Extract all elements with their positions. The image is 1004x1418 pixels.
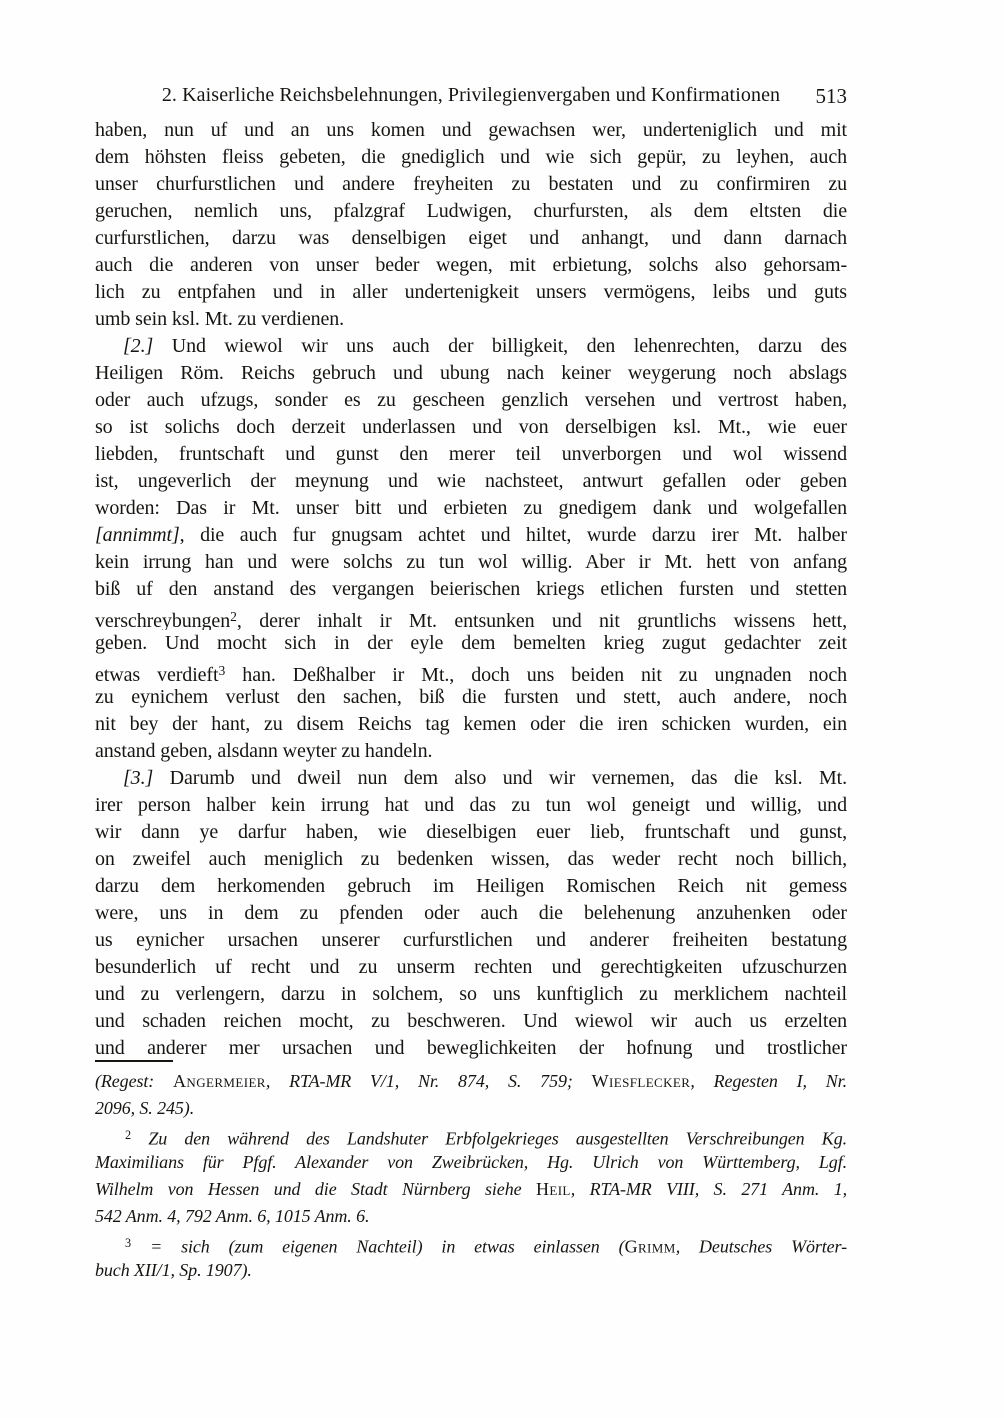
text-line: (Regest: Angermeier, RTA-MR V/1, Nr. 874… (95, 1068, 847, 1095)
footnotes-list: (Regest: Angermeier, RTA-MR V/1, Nr. 874… (95, 1068, 847, 1284)
text-segment: Wilhelm von Hessen und die Stadt Nürnber… (95, 1179, 536, 1199)
text-line: darzu dem herkomenden gebruch im Heilige… (95, 873, 847, 900)
text-segment: 2096, S. 245). (95, 1098, 194, 1118)
text-line: ist, ungeverlich der meynung und wie nac… (95, 468, 847, 495)
running-head-title: 2. Kaiserliche Reichsbelehnungen, Privil… (95, 84, 847, 107)
text-segment: , Regesten I, Nr. (690, 1071, 847, 1091)
footnote-separator-rule (95, 1060, 173, 1062)
text-segment: Heil (536, 1179, 571, 1199)
text-line: geben. Und mocht sich in der eyle dem be… (95, 630, 847, 657)
text-line: umb sein ksl. Mt. zu verdienen. (95, 306, 847, 333)
text-line: buch XII/1, Sp. 1907). (95, 1257, 847, 1284)
text-segment: , RTA-MR VIII, S. 271 Anm. 1, (571, 1179, 847, 1199)
footnote: 2 Zu den während des Landshuter Erbfolge… (95, 1122, 847, 1230)
text-segment: , Deutsches Wörter- (676, 1237, 847, 1257)
text-line: anstand geben, alsdann weyter zu handeln… (95, 738, 847, 765)
paragraph: [3.] Darumb und dweil nun dem also und w… (95, 765, 847, 1062)
text-line: auch die anderen von unser beder wegen, … (95, 252, 847, 279)
text-segment: , RTA-MR V/1, Nr. 874, S. 759; (266, 1071, 592, 1091)
text-segment: buch XII/1, Sp. 1907). (95, 1260, 252, 1280)
text-segment: Zu den während des Landshuter Erbfolgekr… (131, 1129, 847, 1149)
text-line: worden: Das ir Mt. unser bitt und erbiet… (95, 495, 847, 522)
text-line: unser churfurstlichen und andere freyhei… (95, 171, 847, 198)
text-line: zu eynichem verlust den sachen, biß die … (95, 684, 847, 711)
text-line: besunderlich uf recht und zu unserm rech… (95, 954, 847, 981)
text-segment: verschreybungen (95, 610, 230, 630)
text-line: irer person halber kein irrung hat und d… (95, 792, 847, 819)
text-line: biß uf den anstand des vergangen beieris… (95, 576, 847, 603)
text-segment: han. Deßhalber ir Mt., doch uns beiden n… (225, 664, 847, 684)
text-segment: , derer inhalt ir Mt. entsunken und nit … (237, 610, 847, 630)
text-line: [3.] Darumb und dweil nun dem also und w… (95, 765, 847, 792)
text-line: Heiligen Röm. Reichs gebruch und ubung n… (95, 360, 847, 387)
text-segment: etwas verdieft (95, 664, 218, 684)
text-line: [2.] Und wiewol wir uns auch der billigk… (95, 333, 847, 360)
book-page: 2. Kaiserliche Reichsbelehnungen, Privil… (0, 0, 1004, 1418)
text-line: liebden, fruntschaft und gunst den merer… (95, 441, 847, 468)
text-line: und anderer mer ursachen und beweglichke… (95, 1035, 847, 1062)
text-line: Wilhelm von Hessen und die Stadt Nürnber… (95, 1176, 847, 1203)
text-line: 2096, S. 245). (95, 1095, 847, 1122)
text-line: verschreybungen2, derer inhalt ir Mt. en… (95, 603, 847, 630)
text-segment: = sich (zum eigenen Nachteil) in etwas e… (131, 1237, 624, 1257)
footnotes-section: (Regest: Angermeier, RTA-MR V/1, Nr. 874… (95, 1060, 847, 1284)
body-text: haben, nun uf und an uns komen und gewac… (95, 117, 847, 1062)
running-head: 2. Kaiserliche Reichsbelehnungen, Privil… (95, 84, 847, 111)
text-line: on zweifel auch meniglich zu bedenken wi… (95, 846, 847, 873)
text-line: [annimmt], die auch fur gnugsam achtet u… (95, 522, 847, 549)
paragraph: [2.] Und wiewol wir uns auch der billigk… (95, 333, 847, 765)
text-line: oder auch ufzugs, sonder es zu gescheen … (95, 387, 847, 414)
text-line: 542 Anm. 4, 792 Anm. 6, 1015 Anm. 6. (95, 1203, 847, 1230)
text-line: dem höhsten fleiss gebeten, die gnedigli… (95, 144, 847, 171)
text-segment: Und wiewol wir uns auch der billigkeit, … (153, 335, 847, 357)
text-line: us eynicher ursachen unserer curfurstlic… (95, 927, 847, 954)
text-segment: Angermeier (173, 1071, 266, 1091)
text-line: geruchen, nemlich uns, pfalzgraf Ludwige… (95, 198, 847, 225)
text-segment: [3.] (123, 767, 153, 789)
text-line: wir dann ye darfur haben, wie dieselbige… (95, 819, 847, 846)
text-line: lich zu entpfahen und in aller underteni… (95, 279, 847, 306)
text-line: so ist solichs doch derzeit underlassen … (95, 414, 847, 441)
text-line: und zu verlengern, darzu in solchem, so … (95, 981, 847, 1008)
text-line: etwas verdieft3 han. Deßhalber ir Mt., d… (95, 657, 847, 684)
paragraph: haben, nun uf und an uns komen und gewac… (95, 117, 847, 333)
page-number: 513 (816, 84, 848, 109)
text-segment: Maximilians für Pfgf. Alexander von Zwei… (95, 1152, 847, 1172)
text-segment: (Regest: (95, 1071, 173, 1091)
text-segment: Wiesflecker (592, 1071, 691, 1091)
text-segment: Darumb und dweil nun dem also und wir ve… (153, 767, 847, 789)
footnote-marker: 2 (230, 609, 237, 624)
text-line: 2 Zu den während des Landshuter Erbfolge… (95, 1122, 847, 1149)
text-segment: [annimmt] (95, 524, 180, 546)
text-line: were, uns in dem zu pfenden oder auch di… (95, 900, 847, 927)
text-line: kein irrung han und were solchs zu tun w… (95, 549, 847, 576)
footnote: (Regest: Angermeier, RTA-MR V/1, Nr. 874… (95, 1068, 847, 1122)
text-line: nit bey der hant, zu disem Reichs tag ke… (95, 711, 847, 738)
text-line: haben, nun uf und an uns komen und gewac… (95, 117, 847, 144)
text-line: und schaden reichen mocht, zu beschweren… (95, 1008, 847, 1035)
text-segment: [2.] (123, 335, 153, 357)
text-line: 3 = sich (zum eigenen Nachteil) in etwas… (95, 1230, 847, 1257)
text-line: Maximilians für Pfgf. Alexander von Zwei… (95, 1149, 847, 1176)
text-line: curfurstlichen, darzu was denselbigen ei… (95, 225, 847, 252)
text-segment: Grimm (625, 1237, 676, 1257)
text-segment: 542 Anm. 4, 792 Anm. 6, 1015 Anm. 6. (95, 1206, 369, 1226)
text-segment: , die auch fur gnugsam achtet und hiltet… (180, 524, 847, 546)
footnote: 3 = sich (zum eigenen Nachteil) in etwas… (95, 1230, 847, 1284)
